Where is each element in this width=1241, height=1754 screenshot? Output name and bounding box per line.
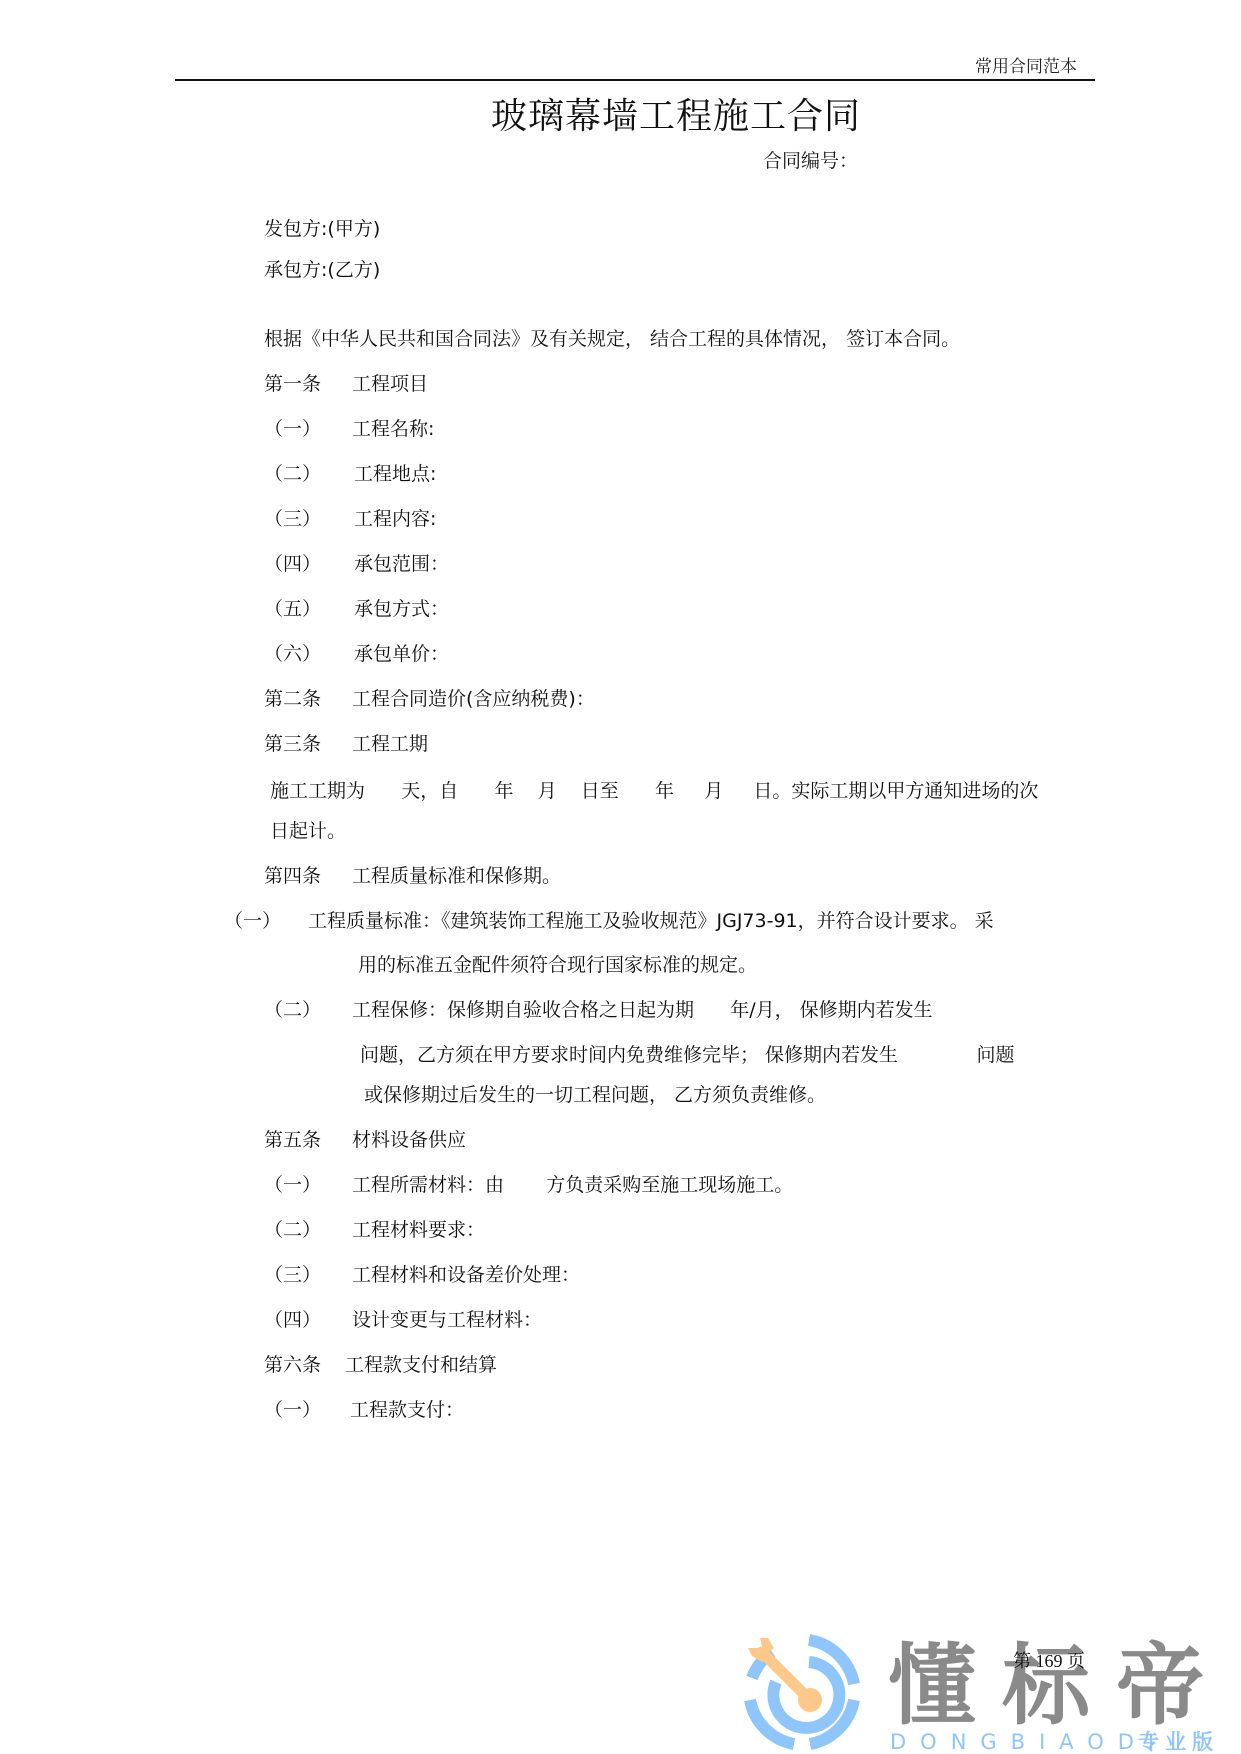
article-3-number: 第三条: [264, 732, 321, 756]
watermark: 懂标帝 DONGBIAODI 专业版: [740, 1630, 1241, 1754]
art5-item-4-text: 设计变更与工程材料：: [352, 1308, 542, 1332]
art1-item-3-text: 工程内容:: [354, 507, 436, 531]
art4-item-2-num: （二）: [264, 998, 321, 1022]
header-label: 常用合同范本: [975, 52, 1077, 77]
watermark-brand-en: DONGBIAODI: [890, 1730, 1168, 1754]
article-2-number: 第二条: [264, 687, 321, 711]
article-3-title: 工程工期: [352, 732, 428, 756]
art5-item-4-num: （四）: [264, 1308, 321, 1332]
party-a: 发包方:(甲方): [264, 217, 380, 241]
art1-item-5-num: （五）: [264, 597, 321, 621]
intro-paragraph: 根据《中华人民共和国合同法》及有关规定， 结合工程的具体情况， 签订本合同。: [264, 327, 960, 351]
art1-item-1-text: 工程名称:: [352, 417, 434, 441]
art5-item-3-num: （三）: [264, 1263, 321, 1287]
art5-item-2-text: 工程材料要求：: [352, 1218, 485, 1242]
art1-item-4-num: （四）: [264, 552, 321, 576]
art5-item-1-num: （一）: [264, 1173, 321, 1197]
art1-item-6-text: 承包单价：: [354, 642, 449, 666]
art1-item-4-text: 承包范围：: [354, 552, 449, 576]
article-4-title: 工程质量标准和保修期。: [352, 864, 561, 888]
article-5-title: 材料设备供应: [352, 1128, 466, 1152]
art5-item-1-text: 工程所需材料：由 方负责采购至施工现场施工。: [352, 1173, 793, 1197]
art1-item-2-num: （二）: [264, 462, 321, 486]
art4-item-2-line-1: 工程保修：保修期自验收合格之日起为期 年/月， 保修期内若发生: [352, 998, 933, 1022]
article-5-number: 第五条: [264, 1128, 321, 1152]
art6-item-1-text: 工程款支付：: [350, 1398, 464, 1422]
article-3-line-1: 施工工期为 天，自 年 月 日至 年 月 日。实际工期以甲方通知进场的次: [270, 779, 1038, 803]
art4-item-1-line-1: 工程质量标准：《建筑装饰工程施工及验收规范》JGJ73-91，并符合设计要求。 …: [308, 909, 994, 933]
art1-item-3-num: （三）: [264, 507, 321, 531]
art1-item-2-text: 工程地点:: [354, 462, 436, 486]
watermark-edition: 专业版: [1138, 1730, 1219, 1754]
page-number: 第 169 页: [1013, 1647, 1085, 1673]
article-6-number: 第六条: [264, 1353, 321, 1377]
art1-item-6-num: （六）: [264, 642, 321, 666]
art5-item-2-num: （二）: [264, 1218, 321, 1242]
article-4-number: 第四条: [264, 864, 321, 888]
art4-item-1-line-2: 用的标准五金配件须符合现行国家标准的规定。: [358, 953, 757, 977]
art4-item-2-line-2: 问题，乙方须在甲方要求时间内免费维修完毕； 保修期内若发生 问题: [360, 1043, 1015, 1067]
art4-item-2-line-3: 或保修期过后发生的一切工程问题， 乙方须负责维修。: [364, 1083, 826, 1107]
document-title: 玻璃幕墙工程施工合同: [491, 88, 861, 139]
header-rule: [175, 79, 1095, 81]
art6-item-1-num: （一）: [264, 1398, 321, 1422]
art1-item-1-num: （一）: [264, 417, 321, 441]
article-6-title: 工程款支付和结算: [345, 1353, 497, 1377]
art5-item-3-text: 工程材料和设备差价处理：: [352, 1263, 580, 1287]
contract-number-label: 合同编号：: [763, 149, 858, 173]
article-2-title: 工程合同造价(含应纳税费)：: [352, 687, 595, 711]
article-3-line-2: 日起计。: [270, 819, 346, 843]
art1-item-5-text: 承包方式：: [354, 597, 449, 621]
art4-item-1-num: （一）: [224, 909, 281, 933]
article-1-title: 工程项目: [352, 372, 428, 396]
target-arrow-icon: [740, 1630, 864, 1754]
party-b: 承包方:(乙方): [264, 258, 380, 282]
article-1-number: 第一条: [264, 372, 321, 396]
